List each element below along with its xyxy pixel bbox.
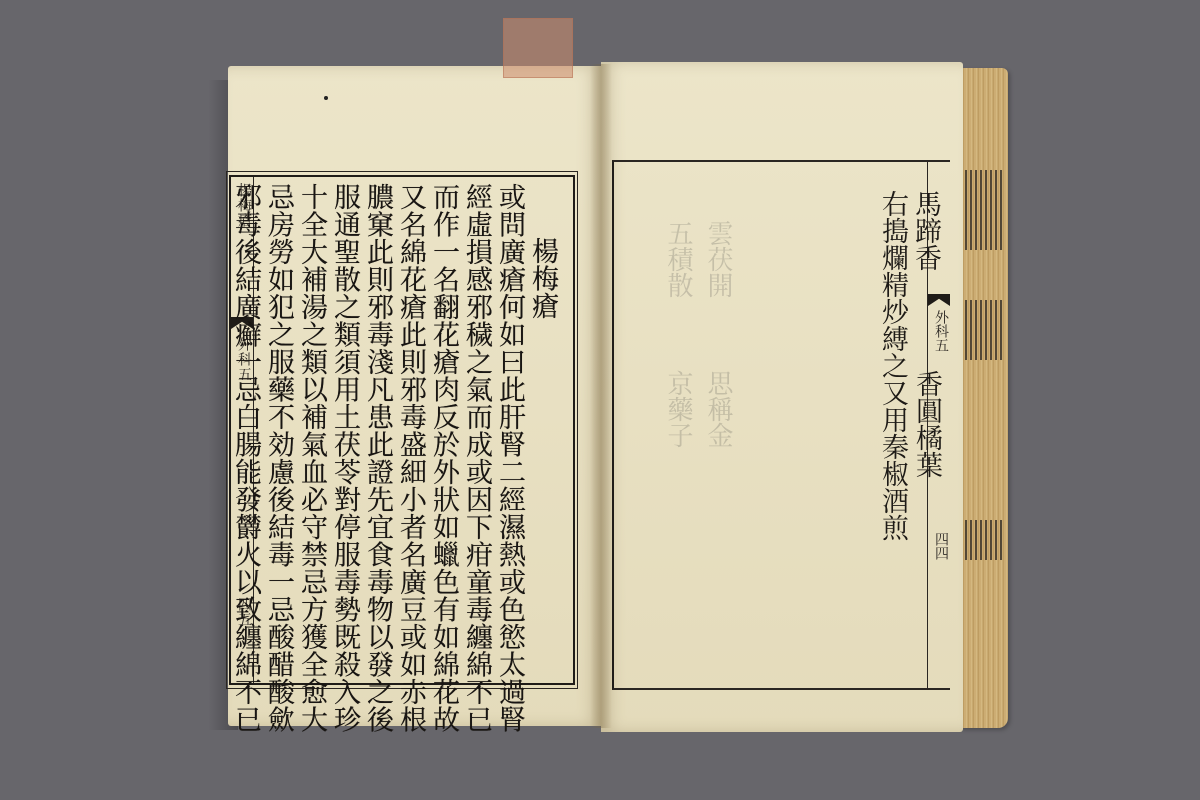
margin-page-number: 四四 <box>931 532 951 560</box>
text-column: 膿窠此則邪毒淺凡患此證先宜食毒物以發之後 <box>361 177 394 683</box>
ingredient-column: 香圓橘葉 <box>910 370 943 478</box>
book-gutter <box>590 64 612 728</box>
text-column: 服通聖散之類須用土茯苓對停服毒勢既殺入珍 <box>328 177 361 683</box>
margin-chapter: 外科五 <box>931 310 951 352</box>
text-column: 或問廣瘡何如曰此肝腎二經濕熱或色慾太過腎 <box>493 177 526 683</box>
ink-spot <box>324 96 328 100</box>
show-through-text: 思稱金 <box>700 370 737 448</box>
show-through-text: 京藥子 <box>660 370 697 448</box>
edge-ink-mark <box>965 300 1005 360</box>
text-column: 邪毒後結廣癬一忌白腸能發欝火以致纏綿不已 <box>229 177 262 683</box>
text-column: 十全大補湯之類以補氣血必守禁忌方獲全愈大 <box>295 177 328 683</box>
text-column: 而作一名翻花瘡肉反於外狀如蠟色有如綿花故 <box>427 177 460 683</box>
show-through-text: 雲茯開 <box>700 220 737 298</box>
section-title: 楊梅瘡 <box>526 177 559 683</box>
left-page-frame: 楊梅瘡 外科五 四五 楊梅瘡 或問廣瘡何如曰此肝腎二經濕熱或色慾太過腎 經虛損感… <box>229 175 575 685</box>
edge-ink-mark <box>965 170 1005 250</box>
text-column: 忌房勞如犯之服藥不効慮後結毒一忌酸醋酸歛 <box>262 177 295 683</box>
library-seal <box>503 18 573 78</box>
book-fore-edge <box>960 68 1008 728</box>
instruction-column: 右搗爛精炒縛之又用秦椒酒煎 <box>876 190 909 541</box>
fish-tail-mark <box>928 294 950 306</box>
show-through-text: 五積散 <box>660 220 697 298</box>
text-column: 經虛損感邪穢之氣而成或因下疳童毒纏綿不已 <box>460 177 493 683</box>
left-text-body: 楊梅瘡 或問廣瘡何如曰此肝腎二經濕熱或色慾太過腎 經虛損感邪穢之氣而成或因下疳童… <box>253 177 573 683</box>
edge-ink-mark <box>965 520 1005 560</box>
ingredient-column: 馬蹄香 <box>909 190 942 271</box>
text-column: 又名綿花瘡此則邪毒盛細小者名廣豆或如赤根 <box>394 177 427 683</box>
